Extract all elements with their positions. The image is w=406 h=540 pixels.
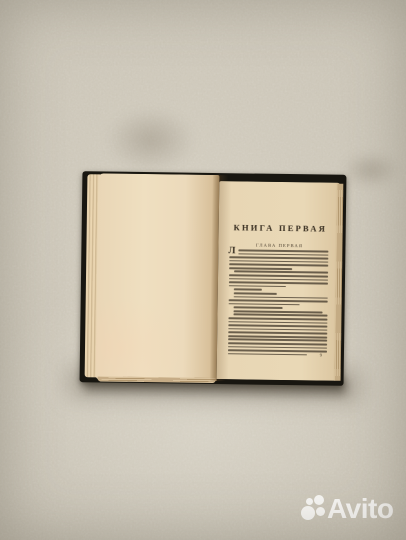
text-line	[228, 328, 327, 331]
text-line	[233, 310, 322, 313]
book-title-heading: КНИГА ПЕРВАЯ	[227, 223, 332, 233]
chapter-heading: ГЛАВА ПЕРВАЯ	[226, 242, 331, 248]
text-line	[228, 324, 327, 327]
body-text-lines: Л	[228, 249, 329, 360]
avito-dot-icon	[306, 498, 313, 505]
text-line	[229, 299, 328, 302]
right-page: КНИГА ПЕРВАЯ ГЛАВА ПЕРВАЯ Л 9	[217, 181, 341, 381]
text-line	[228, 335, 327, 338]
avito-logo-icon	[298, 492, 326, 520]
text-line	[234, 271, 328, 274]
text-line	[234, 307, 284, 309]
left-page-blank	[96, 173, 220, 381]
photo-of-open-book: КНИГА ПЕРВАЯ ГЛАВА ПЕРВАЯ Л 9 Avito	[0, 0, 406, 540]
left-page-bottom-edge	[98, 376, 216, 383]
avito-dot-icon	[316, 507, 325, 516]
avito-watermark: Avito	[298, 492, 400, 530]
text-line	[228, 332, 327, 335]
text-line	[233, 314, 327, 317]
text-line	[229, 256, 328, 259]
text-line	[229, 285, 286, 287]
text-line	[229, 274, 328, 277]
text-line	[228, 339, 327, 342]
text-line	[228, 317, 327, 320]
drop-cap-letter: Л	[228, 247, 235, 256]
avito-dot-icon	[301, 506, 315, 520]
avito-dot-icon	[314, 495, 324, 505]
text-line	[229, 264, 328, 267]
text-line	[229, 303, 300, 306]
text-line	[228, 346, 327, 349]
avito-wordmark: Avito	[327, 494, 393, 524]
text-line	[229, 281, 328, 284]
text-line	[229, 267, 292, 270]
text-line	[234, 289, 262, 291]
open-book: КНИГА ПЕРВАЯ ГЛАВА ПЕРВАЯ Л 9	[80, 171, 347, 386]
text-line	[229, 278, 328, 281]
text-line	[228, 321, 327, 324]
text-line	[229, 260, 328, 263]
text-line	[234, 292, 278, 294]
text-line	[238, 249, 328, 252]
text-line	[228, 342, 327, 345]
text-line	[238, 253, 328, 256]
text-line	[234, 296, 328, 299]
